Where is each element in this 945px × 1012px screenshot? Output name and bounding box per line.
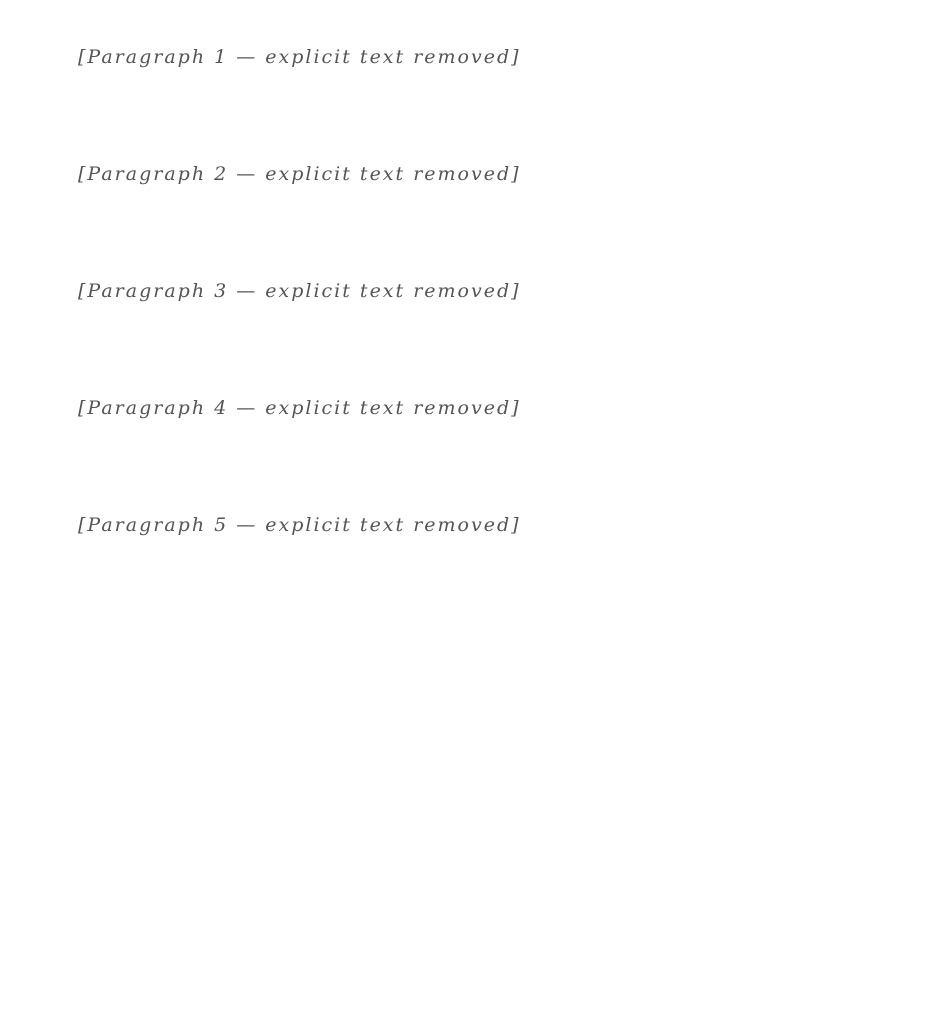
paragraph: [Paragraph 2 — explicit text removed] (40, 145, 905, 204)
document-page: [Paragraph 1 — explicit text removed] [P… (0, 0, 945, 1012)
paragraph: [Paragraph 1 — explicit text removed] (40, 28, 905, 87)
paragraph: [Paragraph 3 — explicit text removed] (40, 262, 905, 321)
paragraph: [Paragraph 5 — explicit text removed] (40, 496, 905, 555)
paragraph: [Paragraph 4 — explicit text removed] (40, 379, 905, 438)
